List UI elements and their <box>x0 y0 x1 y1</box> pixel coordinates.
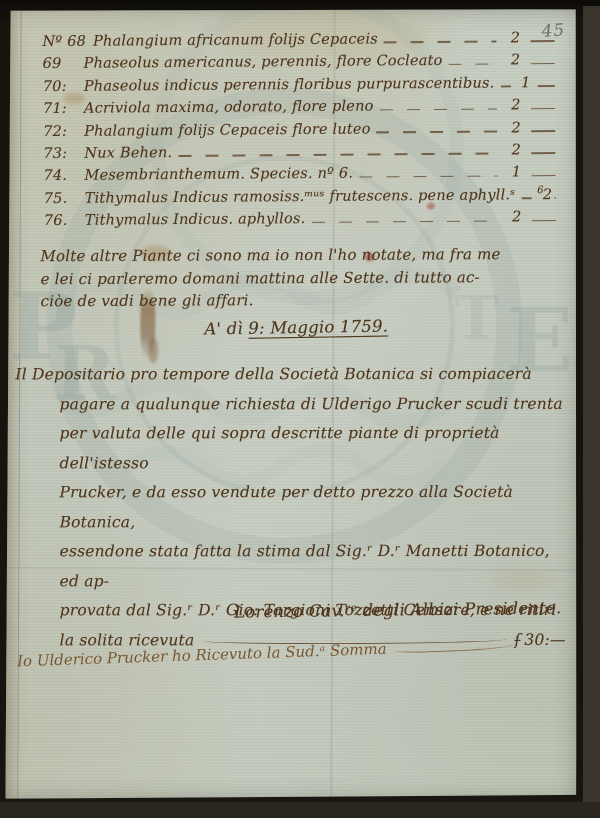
dash-tail <box>531 130 555 132</box>
row-number: 72: <box>43 123 77 139</box>
date-prefix: A' dì <box>204 319 248 339</box>
plant-name: Acriviola maxima, odorato, flore pleno <box>84 99 374 117</box>
binding-edge <box>4 7 21 799</box>
quantity: 2 <box>543 187 553 203</box>
dash-leader <box>449 63 497 65</box>
quantity: 2 <box>503 120 529 136</box>
dash-tail <box>531 152 555 154</box>
plant-name: Nux Behen. <box>84 145 172 162</box>
plant-name: Tithymalus Indicus ramosiss.ᵐᵘˢ frutesce… <box>85 187 516 206</box>
quantity: 2 <box>502 30 528 46</box>
payment-line: Il Depositario pro tempore della Società… <box>15 360 565 390</box>
manuscript-photo: P R E T 45 Nº 68 Phalangium africanum fo… <box>0 0 600 818</box>
background-bottom-band <box>0 802 600 818</box>
payment-line: per valuta delle qui sopra descritte pia… <box>59 419 565 478</box>
dash-tail <box>532 220 556 222</box>
manuscript-page: P R E T 45 Nº 68 Phalangium africanum fo… <box>4 7 579 801</box>
dash-leader <box>521 197 531 199</box>
row-number: 76. <box>44 213 78 229</box>
plant-name: Mesembrianthemum. Species. nº 6. <box>84 166 353 184</box>
note-line: e lei ci parleremo domani mattina alle S… <box>41 265 555 290</box>
row-number: 69 <box>43 56 77 72</box>
dash-tail <box>532 175 556 177</box>
row-number: 73: <box>43 146 77 162</box>
row-number: 70: <box>43 79 77 95</box>
dash-tail <box>530 40 554 42</box>
row-number: 74. <box>43 168 77 184</box>
quantity: 2 <box>503 53 529 69</box>
flourish-line <box>394 640 514 653</box>
note-line: Molte altre Piante ci sono ma io non l'h… <box>40 243 554 268</box>
background-right-band <box>583 6 600 818</box>
payment-line: pagare a qualunque richiesta di Ulderigo… <box>59 389 565 419</box>
dash-leader <box>359 175 497 178</box>
amount-value: 30:— <box>524 625 565 655</box>
quantity: 2 <box>503 142 529 158</box>
dash-leader <box>178 153 497 157</box>
row-number: Nº 68 <box>42 34 86 50</box>
quantity: 1 <box>516 75 535 91</box>
dash-leader <box>377 130 498 133</box>
payment-line: essendone stata fatta la stima dal Sig.ʳ… <box>60 537 566 596</box>
payment-line: Prucker, e da esso vendute per detto pre… <box>60 478 566 537</box>
date-main: 9: Maggio 1759. <box>248 316 388 337</box>
dash-leader <box>311 220 497 223</box>
dash-tail <box>554 197 555 199</box>
plant-name: Phalangium folijs Cepaceis flore luteo <box>84 121 371 139</box>
row-number: 75. <box>44 191 78 207</box>
quantity: 2 <box>504 209 530 225</box>
plant-name: Phaseolus americanus, perennis, flore Co… <box>84 53 443 72</box>
dash-tail <box>531 63 555 65</box>
row-number: 71: <box>43 101 77 117</box>
dash-tail <box>537 85 554 87</box>
quantity: 2 <box>503 97 529 113</box>
dash-leader <box>500 86 510 88</box>
dash-tail <box>531 108 555 110</box>
plant-name: Phalangium africanum folijs Cepaceis <box>93 31 378 49</box>
quantity-superscript: 6 <box>537 185 544 196</box>
scudi-sign: ſ <box>514 625 520 655</box>
plant-row: 76. Tithymalus Indicus. aphyllos. 2 <box>44 209 556 235</box>
note-line: ciòe de vadi bene gli affari. <box>41 288 555 313</box>
dash-leader <box>384 41 497 43</box>
plant-list: Nº 68 Phalangium africanum folijs Cepace… <box>42 30 556 236</box>
plant-name: Phaseolus indicus perennis floribus purp… <box>84 75 495 94</box>
dash-leader <box>380 108 497 111</box>
note-paragraph: Molte altre Piante ci sono ma io non l'h… <box>40 243 554 313</box>
quantity: 1 <box>503 165 529 181</box>
date-line: A' dì 9: Maggio 1759. <box>204 316 388 338</box>
plant-name: Tithymalus Indicus. aphyllos. <box>85 211 306 229</box>
